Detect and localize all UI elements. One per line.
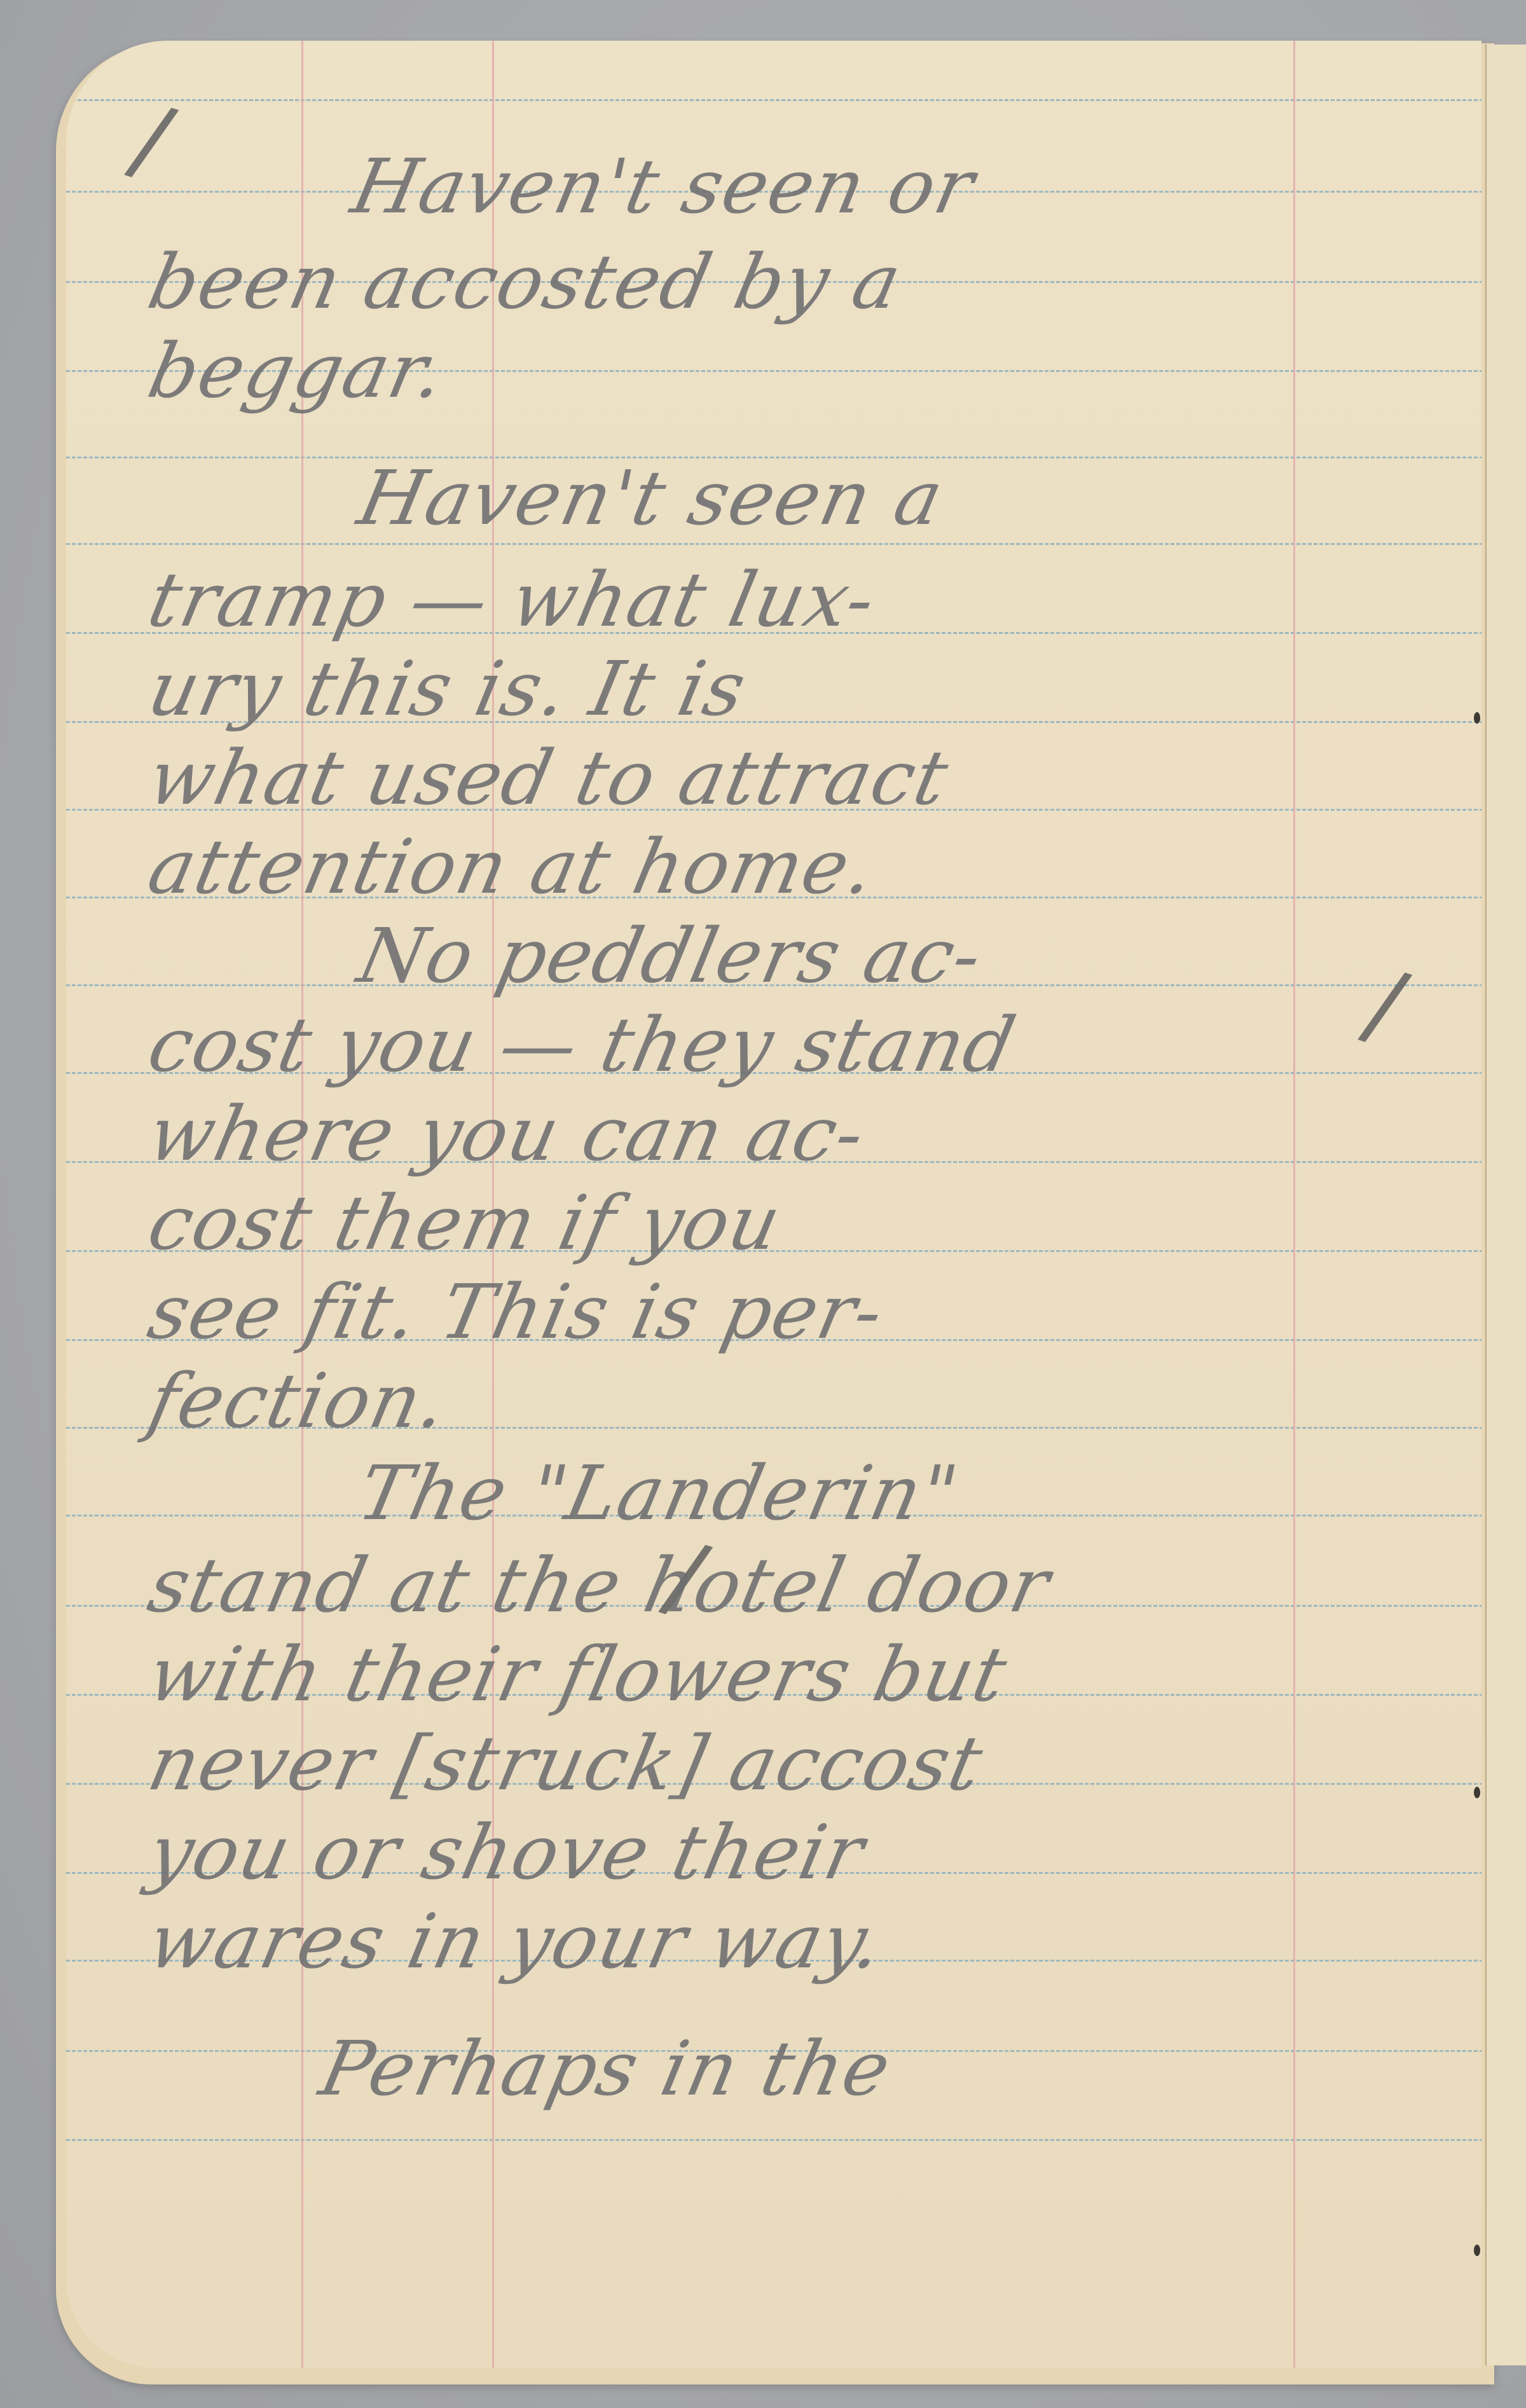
handwritten-line: cost them if you [142, 1185, 788, 1260]
handwritten-line: wares in your way. [142, 1904, 890, 1979]
handwritten-line: The "Landerin" [352, 1455, 965, 1531]
rule-line [66, 2139, 1481, 2141]
handwritten-line: what used to attract [142, 740, 955, 815]
handwritten-line: with their flowers but [142, 1637, 1014, 1712]
facing-page-edge [1485, 45, 1526, 2365]
handwritten-line: beggar. [142, 333, 452, 408]
handwritten-line: Perhaps in the [314, 2031, 898, 2106]
handwritten-line: attention at home. [142, 829, 882, 904]
notebook-page: / / / Haven't seen or been accosted by a… [66, 41, 1481, 2368]
handwritten-line: Haven't seen or [346, 149, 981, 224]
binding-hole [1474, 2245, 1480, 2256]
handwritten-line: where you can ac- [142, 1096, 872, 1171]
handwritten-line: No peddlers ac- [352, 918, 989, 993]
check-mark: / [1353, 947, 1418, 1063]
handwritten-line: been accosted by a [142, 244, 908, 319]
handwritten-line: you or shove their [142, 1815, 871, 1890]
handwritten-line: Haven't seen a [352, 460, 950, 535]
handwritten-line: see fit. This is per- [142, 1274, 891, 1349]
handwritten-line: ury this is. It is [142, 651, 753, 726]
binding-hole [1474, 1787, 1480, 1798]
binding-hole [1474, 712, 1480, 724]
rule-line [66, 99, 1481, 101]
handwritten-line: tramp — what lux- [142, 562, 883, 637]
margin-line-right [1293, 41, 1295, 2368]
handwritten-line: cost you — they stand [142, 1007, 1022, 1082]
handwritten-line: never [struck] accost [142, 1726, 989, 1801]
handwritten-line: stand at the hotel door [142, 1548, 1057, 1623]
rule-line [66, 543, 1481, 545]
handwritten-line: fection. [142, 1363, 454, 1438]
